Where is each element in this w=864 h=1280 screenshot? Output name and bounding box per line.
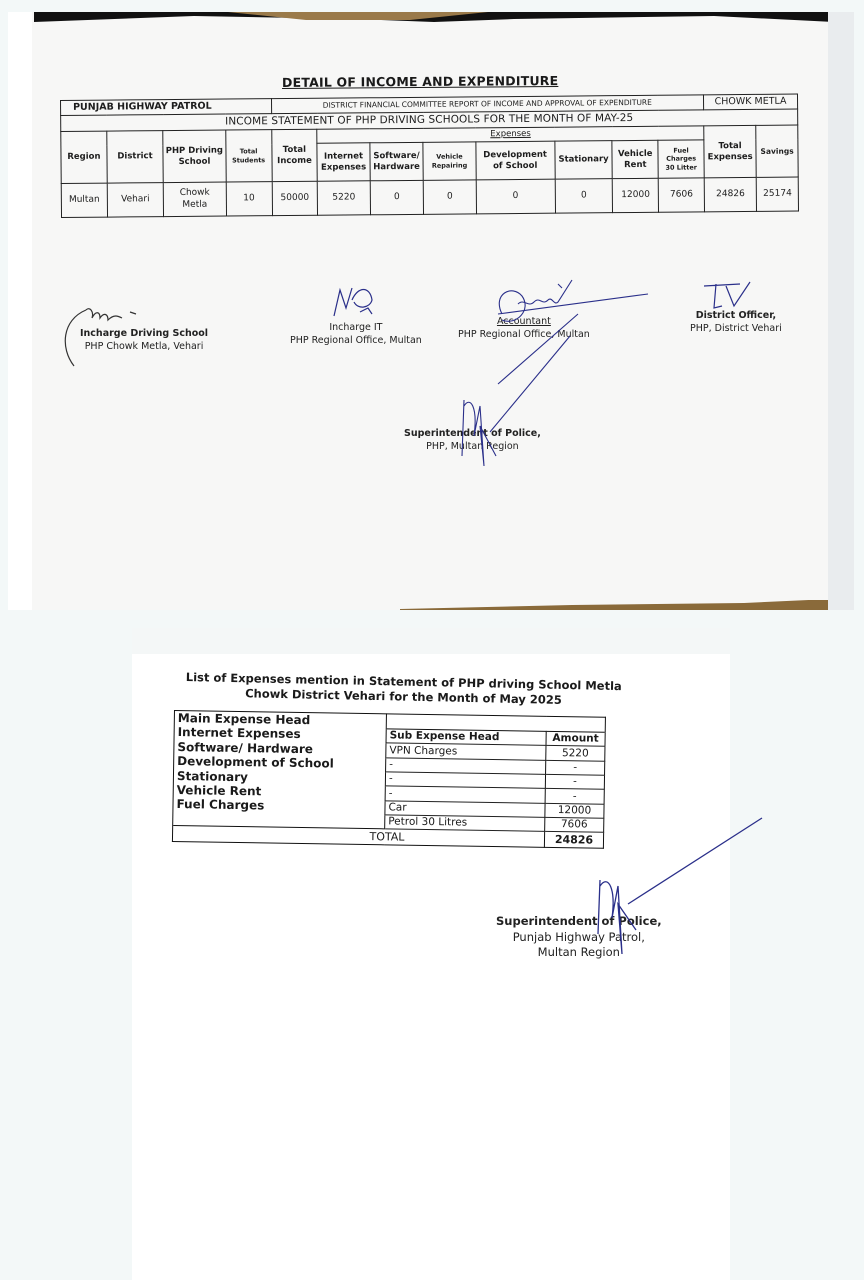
list-item-amount: 5220 <box>546 746 605 761</box>
document-title: DETAIL OF INCOME AND EXPENDITURE <box>282 73 558 90</box>
income-statement-table: PUNJAB HIGHWAY PATROL DISTRICT FINANCIAL… <box>60 94 799 218</box>
signature-mark <box>330 282 390 322</box>
location-label: CHOWK METLA <box>704 94 798 110</box>
expense-list-page: List of Expenses mention in Statement of… <box>132 628 730 1280</box>
signatory-office: PHP, District Vehari <box>690 323 782 336</box>
cell-rent: 12000 <box>613 178 659 212</box>
cell-region: Multan <box>61 183 107 217</box>
list-item-amount: 7606 <box>545 818 604 833</box>
signature-mark <box>700 280 760 316</box>
col-internet: Internet Expenses <box>317 143 370 181</box>
col-income: Total Income <box>271 129 317 181</box>
cell-internet: 5220 <box>318 181 370 215</box>
col-students: Total Students <box>225 130 271 182</box>
table-row: Multan Vehari Chowk Metla 10 50000 5220 … <box>61 177 798 217</box>
signature-block-incharge-it: Incharge IT PHP Regional Office, Multan <box>290 322 422 348</box>
signature-mark <box>440 396 580 506</box>
col-savings: Savings <box>756 125 798 177</box>
cell-stationary: 0 <box>555 179 613 214</box>
header-spacer <box>546 716 605 732</box>
cell-total-expenses: 24826 <box>704 177 756 211</box>
col-fuel: Fuel Charges 30 Litter <box>658 140 704 178</box>
col-software: Software/ Hardware <box>369 142 423 180</box>
expense-list-table: Main Expense Head Internet Expenses Sub … <box>172 710 606 849</box>
cell-students: 10 <box>226 182 272 216</box>
cell-repairing: 0 <box>424 180 476 214</box>
signature-block-accountant: Accountant PHP Regional Office, Multan <box>458 316 590 342</box>
signatory-role: Incharge IT <box>290 322 422 335</box>
signature-block-sp-highway: Superintendent of Police, Punjab Highway… <box>496 914 662 961</box>
signatory-office: PHP Regional Office, Multan <box>290 335 422 348</box>
signature-mark <box>556 834 796 1004</box>
paper-edge-right <box>828 12 854 610</box>
col-region: Region <box>61 131 107 183</box>
col-stationary: Stationary <box>555 141 613 180</box>
list-item-amount: - <box>545 789 604 804</box>
expense-list-title: List of Expenses mention in Statement of… <box>183 670 624 709</box>
cell-district: Vehari <box>107 183 164 217</box>
list-item-amount: 12000 <box>545 803 604 818</box>
cell-school: Chowk Metla <box>163 182 226 217</box>
page-shade <box>132 628 730 654</box>
list-item-amount: - <box>545 774 604 789</box>
cell-development: 0 <box>476 179 555 214</box>
table-surface-bottom <box>400 600 830 610</box>
list-item-amount: - <box>546 760 605 775</box>
expenses-group-label: Expenses <box>490 129 531 139</box>
paper-edge <box>8 12 32 610</box>
signature-block-incharge-school: Incharge Driving School PHP Chowk Metla,… <box>80 328 208 354</box>
col-district: District <box>107 131 164 183</box>
col-rent: Vehicle Rent <box>612 140 658 178</box>
col-development: Development of School <box>475 141 555 180</box>
signature-mark <box>458 274 658 394</box>
col-repairing: Vehicle Repairing <box>423 142 475 180</box>
col-school: PHP Driving School <box>163 130 226 183</box>
cell-software: 0 <box>370 180 424 214</box>
cell-fuel: 7606 <box>658 178 704 212</box>
signature-block-district-officer: District Officer, PHP, District Vehari <box>690 310 782 336</box>
signature-mark <box>52 288 192 368</box>
cell-income: 50000 <box>272 181 318 215</box>
col-total-expenses: Total Expenses <box>704 125 757 177</box>
cell-savings: 25174 <box>756 177 798 211</box>
header-amount: Amount <box>546 731 605 746</box>
signature-block-sp-php: Superintendent of Police, PHP, Multan Re… <box>404 428 541 454</box>
